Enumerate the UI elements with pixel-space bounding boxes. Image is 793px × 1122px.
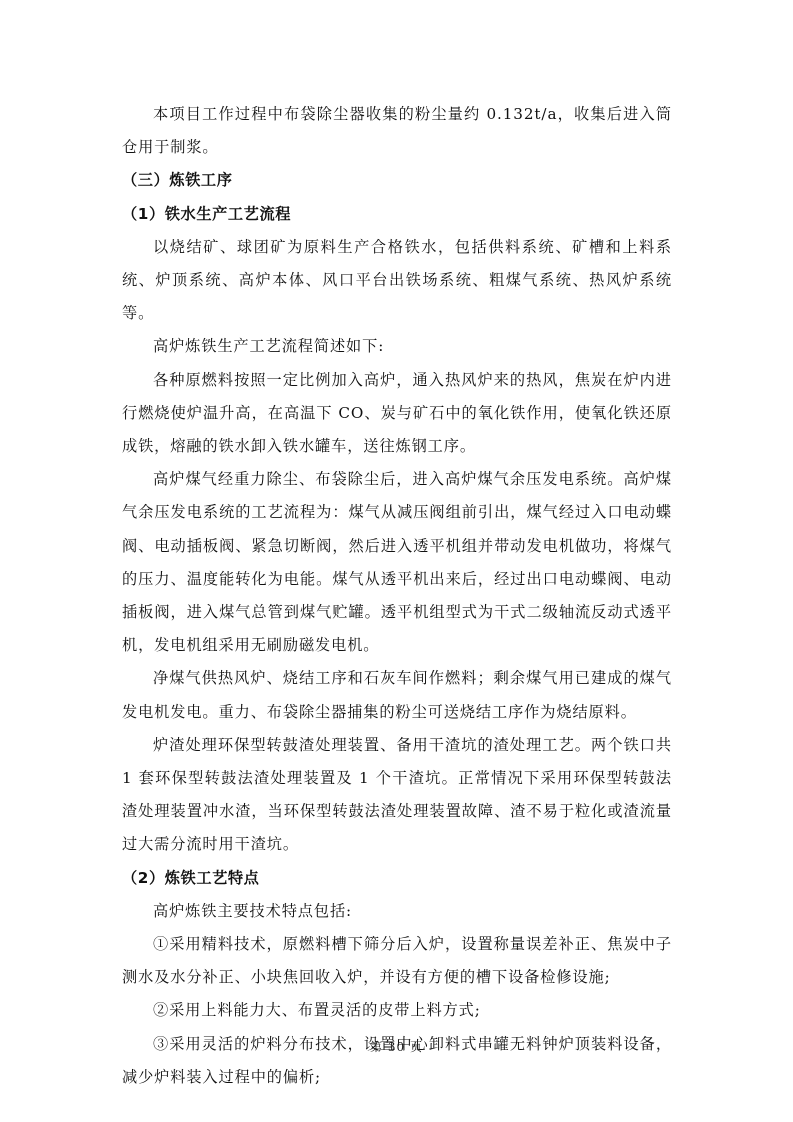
list-item-feature-2: ②采用上料能力大、布置灵活的皮带上料方式; xyxy=(122,994,672,1027)
paragraph-smelting: 各种原燃料按照一定比例加入高炉，通入热风炉来的热风，焦炭在炉内进行燃烧使炉温升高… xyxy=(122,364,672,464)
paragraph-gas-usage: 净煤气供热风炉、烧结工序和石灰车间作燃料；剩余煤气用已建成的煤气发电机发电。重力… xyxy=(122,662,672,728)
paragraph-slag-treatment: 炉渣处理环保型转鼓渣处理装置、备用干渣坑的渣处理工艺。两个铁口共 1 套环保型转… xyxy=(122,729,672,862)
paragraph-process-intro: 高炉炼铁生产工艺流程简述如下: xyxy=(122,330,672,363)
paragraph-trt-system: 高炉煤气经重力除尘、布袋除尘后，进入高炉煤气余压发电系统。高炉煤气余压发电系统的… xyxy=(122,463,672,662)
paragraph-dust-collection: 本项目工作过程中布袋除尘器收集的粉尘量约 0.132t/a，收集后进入筒仓用于制… xyxy=(122,98,672,164)
section-heading-ironmaking: （三）炼铁工序 xyxy=(122,164,672,197)
page-number: 第 30 页 xyxy=(0,1038,793,1055)
paragraph-raw-materials: 以烧结矿、球团矿为原料生产合格铁水，包括供料系统、矿槽和上料系统、炉顶系统、高炉… xyxy=(122,231,672,331)
list-item-feature-1: ①采用精料技术，原燃料槽下筛分后入炉，设置称量误差补正、焦炭中子测水及水分补正、… xyxy=(122,928,672,994)
subsection-heading-process-flow: （1）铁水生产工艺流程 xyxy=(122,198,672,231)
document-body: 本项目工作过程中布袋除尘器收集的粉尘量约 0.132t/a，收集后进入筒仓用于制… xyxy=(122,98,672,1094)
subsection-heading-features: （2）炼铁工艺特点 xyxy=(122,862,672,895)
paragraph-features-intro: 高炉炼铁主要技术特点包括: xyxy=(122,895,672,928)
